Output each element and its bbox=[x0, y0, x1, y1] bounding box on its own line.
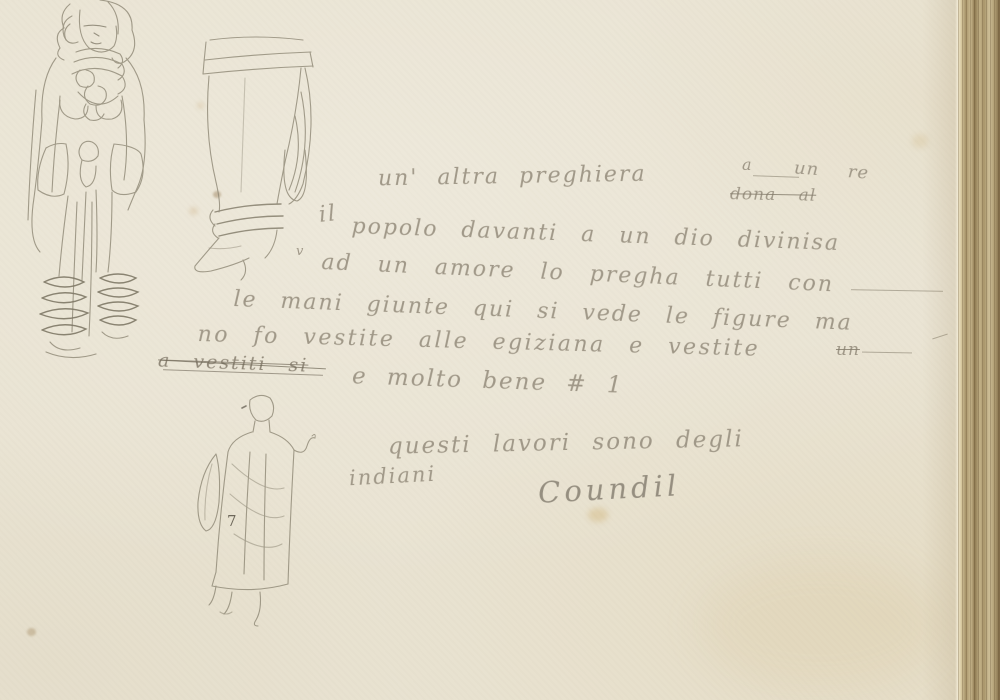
foxing-spot bbox=[588, 508, 608, 522]
handwriting-line1-struck-words: dona al bbox=[730, 184, 817, 206]
robe-numeral: 7 bbox=[227, 512, 237, 530]
book-fore-edge-pages bbox=[958, 0, 1000, 700]
page-curve-shadow bbox=[922, 0, 958, 700]
pencil-sketch-standing-figure bbox=[0, 0, 180, 370]
foxing-spot bbox=[27, 628, 36, 636]
handwriting-line2-lead: il bbox=[318, 201, 339, 228]
sketchbook-page-scan: 7 un' altra preghiera a un re dona al il… bbox=[0, 0, 1000, 700]
handwriting-line8-word: indiani bbox=[348, 462, 436, 491]
handwriting-line5-struck-word: un bbox=[836, 340, 860, 360]
handwriting-line1: un' altra preghiera bbox=[378, 162, 647, 192]
pencil-sketch-robed-figure bbox=[172, 392, 327, 632]
pencil-sketch-leg-study bbox=[185, 32, 335, 282]
handwriting-line1-insert-letter: a bbox=[742, 155, 753, 174]
paper-discoloration bbox=[700, 560, 940, 690]
handwriting-line3-lead: v bbox=[296, 244, 304, 259]
